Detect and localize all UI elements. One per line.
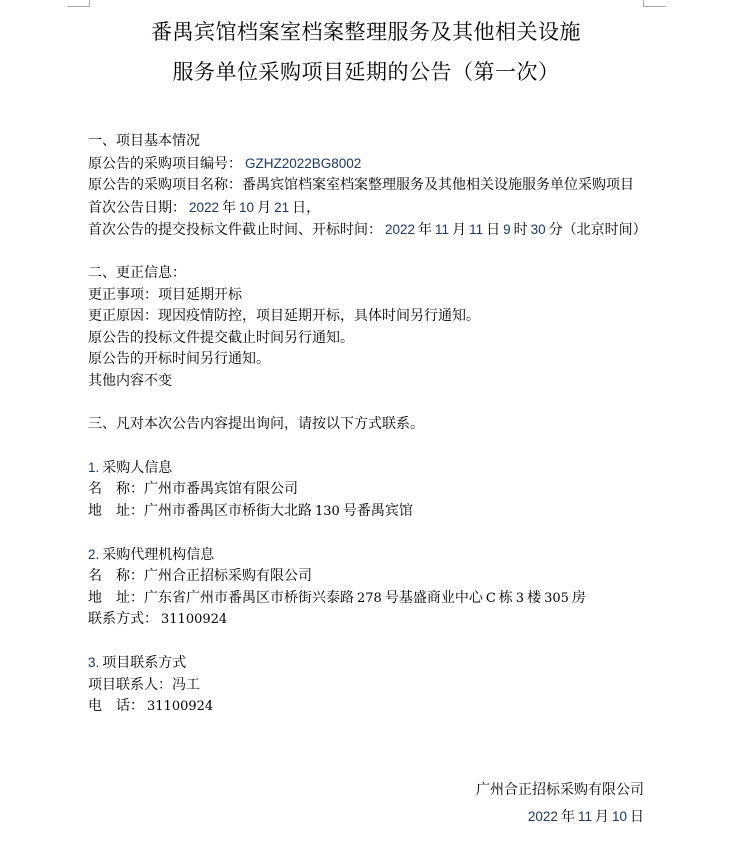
page-corner-mark-right — [643, 0, 666, 7]
cjk-text: 年 — [418, 223, 432, 238]
cjk-text: 一、项目基本情况 — [88, 134, 200, 149]
title-line-1: 番禺宾馆档案室档案整理服务及其他相关设施 — [88, 12, 644, 52]
page-corner-mark-left — [67, 0, 90, 7]
cjk-text: 电 话： — [88, 699, 144, 714]
text-line: 三、凡对本次公告内容提出询问，请按以下方式联系。 — [88, 414, 644, 436]
text-line: 原公告的采购项目名称：番禺宾馆档案室档案整理服务及其他相关设施服务单位采购项目 — [88, 175, 644, 197]
cjk-text: 其他内容不变 — [88, 374, 172, 389]
text-line: 联系方式：31100924 — [88, 609, 644, 631]
document-content: 番禺宾馆档案室档案整理服务及其他相关设施 服务单位采购项目延期的公告（第一次） … — [88, 12, 644, 831]
text-line: 原公告的采购项目编号：GZHZ2022BG8002 — [88, 153, 644, 176]
number-text: 11 — [435, 222, 449, 237]
text-line: 广州合正招标采购有限公司 — [88, 778, 644, 804]
cjk-text: 更正事项：项目延期开标 — [88, 288, 242, 303]
text-line: 更正事项：项目延期开标 — [88, 285, 644, 307]
cjk-text: 名 称：广州合正招标采购有限公司 — [88, 569, 312, 584]
text-line: 项目联系人：冯工 — [88, 675, 644, 697]
cjk-text: 采购代理机构信息 — [102, 548, 214, 563]
signature-block: 广州合正招标采购有限公司2022年11月10日 — [88, 778, 644, 831]
cjk-text: 号基盛商业中心 — [385, 591, 483, 606]
document-title: 番禺宾馆档案室档案整理服务及其他相关设施 服务单位采购项目延期的公告（第一次） — [88, 12, 644, 92]
number-text: 2022 — [528, 809, 558, 824]
cjk-text: 日， — [292, 201, 320, 216]
text-line: 其他内容不变 — [88, 371, 644, 393]
number-text: 31100924 — [161, 612, 227, 627]
number-text: 130 — [315, 504, 340, 519]
number-text: 278 — [357, 591, 382, 606]
text-line: 原公告的开标时间另行通知。 — [88, 349, 644, 371]
text-line: 1.采购人信息 — [88, 457, 644, 480]
cjk-text: 号番禺宾馆 — [343, 504, 413, 519]
text-line: 二、更正信息： — [88, 263, 644, 285]
cjk-text: 月 — [595, 810, 609, 825]
text-line: 地 址：广东省广州市番禺区市桥街兴泰路278号基盛商业中心C栋3楼305房 — [88, 588, 644, 610]
blank-line — [88, 631, 644, 653]
text-line: 3.项目联系方式 — [88, 652, 644, 675]
number-text: 2022 — [189, 200, 219, 215]
cjk-text: 原公告的开标时间另行通知。 — [88, 352, 270, 367]
number-text: 21 — [274, 200, 289, 215]
document-page: 番禺宾馆档案室档案整理服务及其他相关设施 服务单位采购项目延期的公告（第一次） … — [0, 0, 730, 841]
cjk-text: 原公告的采购项目名称：番禺宾馆档案室档案整理服务及其他相关设施服务单位采购项目 — [88, 178, 634, 193]
text-line: 更正原因：现因疫情防控，项目延期开标，具体时间另行通知。 — [88, 306, 644, 328]
text-line: 2022年11月10日 — [88, 804, 644, 831]
cjk-text: 项目联系方式 — [102, 656, 186, 671]
number-text: 3. — [88, 655, 99, 670]
number-text: 11 — [469, 222, 483, 237]
number-text: 2. — [88, 547, 99, 562]
number-text: 30 — [531, 222, 546, 237]
cjk-text: 年 — [561, 810, 575, 825]
text-line: 2.采购代理机构信息 — [88, 544, 644, 567]
text-line: 名 称：广州合正招标采购有限公司 — [88, 566, 644, 588]
text-line: 名 称：广州市番禺宾馆有限公司 — [88, 479, 644, 501]
cjk-text: 日 — [630, 810, 644, 825]
blank-line — [88, 242, 644, 264]
number-text: 9 — [503, 222, 511, 237]
blank-line — [88, 522, 644, 544]
cjk-text: 更正原因：现因疫情防控，项目延期开标，具体时间另行通知。 — [88, 309, 480, 324]
cjk-text: 月 — [257, 201, 271, 216]
cjk-text: 名 称：广州市番禺宾馆有限公司 — [88, 482, 298, 497]
number-text: GZHZ2022BG8002 — [245, 156, 361, 171]
cjk-text: 项目联系人：冯工 — [88, 678, 200, 693]
cjk-text: 日 — [486, 223, 500, 238]
number-text: 10 — [239, 200, 254, 215]
cjk-text: 首次公告的提交投标文件截止时间、开标时间： — [88, 223, 382, 238]
cjk-text: 原公告的投标文件提交截止时间另行通知。 — [88, 331, 354, 346]
number-text: 11 — [578, 809, 592, 824]
text-line: 一、项目基本情况 — [88, 131, 644, 153]
text-line: 原公告的投标文件提交截止时间另行通知。 — [88, 328, 644, 350]
text-line: 首次公告日期：2022年10月21日， — [88, 197, 644, 220]
cjk-text: 广州合正招标采购有限公司 — [476, 783, 644, 798]
number-text: C — [486, 591, 496, 606]
number-text: 305 — [544, 591, 569, 606]
number-text: 2022 — [385, 222, 415, 237]
blank-line — [88, 435, 644, 457]
cjk-text: 首次公告日期： — [88, 201, 186, 216]
cjk-text: 采购人信息 — [102, 461, 172, 476]
number-text: 1. — [88, 460, 99, 475]
number-text: 3 — [516, 591, 524, 606]
cjk-text: 联系方式： — [88, 612, 158, 627]
cjk-text: 年 — [222, 201, 236, 216]
text-line: 首次公告的提交投标文件截止时间、开标时间：2022年11月11日9时30分（北京… — [88, 219, 644, 242]
text-line: 地 址：广州市番禺区市桥街大北路130号番禺宾馆 — [88, 501, 644, 523]
title-line-2: 服务单位采购项目延期的公告（第一次） — [88, 52, 644, 92]
blank-line — [88, 392, 644, 414]
cjk-text: 时 — [514, 223, 528, 238]
cjk-text: 原公告的采购项目编号： — [88, 157, 242, 172]
number-text: 10 — [612, 809, 627, 824]
cjk-text: 三、凡对本次公告内容提出询问，请按以下方式联系。 — [88, 417, 424, 432]
body-lines: 一、项目基本情况原公告的采购项目编号：GZHZ2022BG8002原公告的采购项… — [88, 131, 644, 718]
cjk-text: 二、更正信息： — [88, 266, 186, 281]
number-text: 31100924 — [147, 699, 213, 714]
text-line: 电 话：31100924 — [88, 696, 644, 718]
cjk-text: 分（北京时间） — [549, 223, 647, 238]
cjk-text: 地 址：广州市番禺区市桥街大北路 — [88, 504, 312, 519]
cjk-text: 房 — [572, 591, 586, 606]
cjk-text: 栋 — [499, 591, 513, 606]
cjk-text: 月 — [452, 223, 466, 238]
cjk-text: 楼 — [527, 591, 541, 606]
cjk-text: 地 址：广东省广州市番禺区市桥街兴泰路 — [88, 591, 354, 606]
